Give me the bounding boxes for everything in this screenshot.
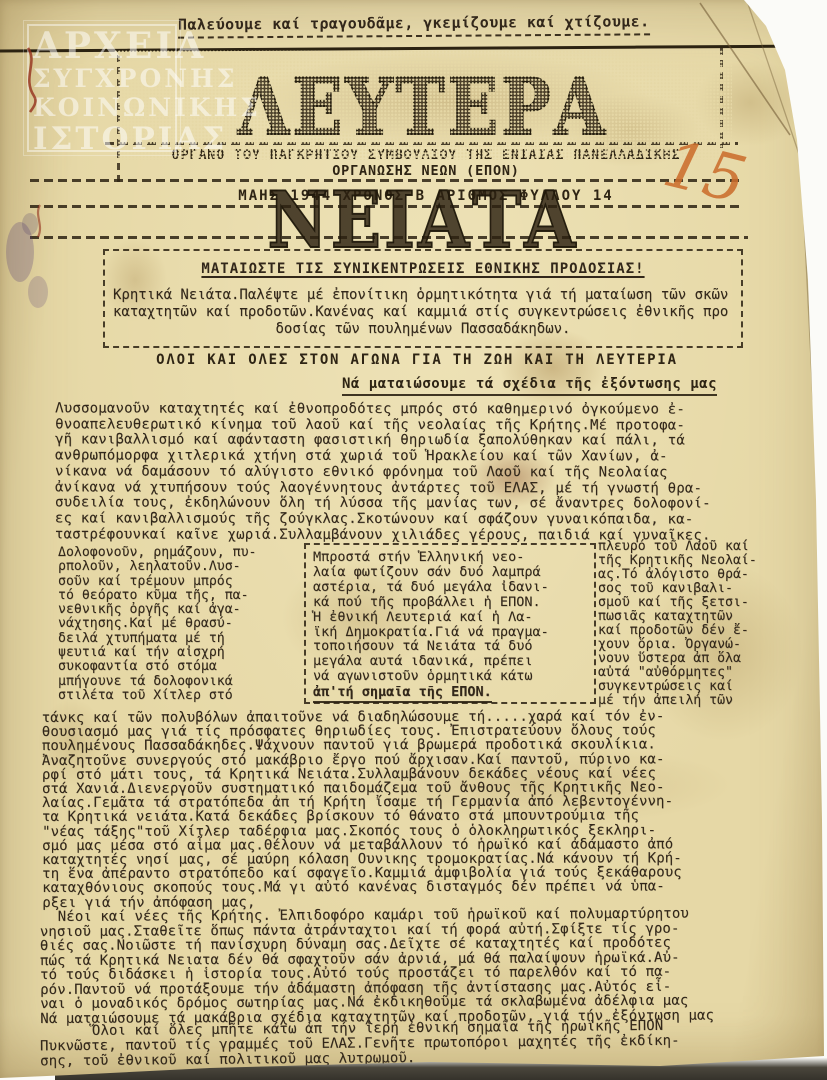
article-paragraph-closing: Ὅλοι καί ὅλες μπῆτε κάτω ἀπ τήν ἱερή ἐθν… bbox=[40, 1018, 802, 1070]
section-subheading: Νά ματαιώσουμε τά σχέδια τῆς ἐξόντωσης μ… bbox=[342, 376, 717, 396]
section-heading: ΟΛΟΙ ΚΑΙ ΟΛΕΣ ΣΤΟΝ ΑΓΩΝΑ ΓΙΑ ΤΗ ΖΩΗ ΚΑΙ … bbox=[95, 352, 739, 368]
red-ink-mark bbox=[28, 48, 35, 112]
epon-ideals-underlined-line: ἀπ'τή σημαῖα τῆς ΕΠΟΝ. bbox=[313, 684, 492, 703]
lead-body: Κρητικά Νειάτα.Παλέψτε μέ ἐπονίτικη ὁρμη… bbox=[113, 287, 733, 321]
purple-smudge bbox=[28, 276, 48, 308]
purple-smudge bbox=[6, 222, 34, 282]
lead-body-last-line: δοσίας τῶν πουλημένων Πασσαδάκηδων. bbox=[105, 321, 741, 337]
epon-ideals-text: Μπροστά στήν Ἑλληνική νεο- λαία φωτίζουν… bbox=[313, 550, 587, 684]
torn-edge-line bbox=[806, 240, 818, 430]
article-paragraph-intro: Λυσσομανοῦν καταχτητές καί ἐθνοπροδότες … bbox=[55, 401, 761, 544]
newspaper-page: Παλεύουμε καί τραγουδᾶμε, γκεμίζουμε καί… bbox=[0, 0, 827, 1080]
purple-smudge bbox=[22, 213, 38, 235]
article-column-left: Δολοφονοῦν, ρημάζουν, πυ- ρπολοῦν, λεηλα… bbox=[58, 546, 310, 703]
article-paragraph-2: τάνκς καί τῶν πολυβόλων ἀπαιτοῦνε νά δια… bbox=[42, 709, 809, 910]
crease-line bbox=[747, 1, 813, 400]
article-column-right: πλευρό τοῦ Λαοῦ καί τῆς Κρητικῆς Νεολαί-… bbox=[598, 540, 818, 708]
red-ink-mark bbox=[38, 205, 40, 237]
masthead-slogan: Παλεύουμε καί τραγουδᾶμε, γκεμίζουμε καί… bbox=[178, 12, 650, 38]
epon-ideals-box: Μπροστά στήν Ἑλληνική νεο- λαία φωτίζουν… bbox=[304, 543, 596, 704]
newspaper-title: ΛΕΥΤΕΡΑ ΝΕΙΑΤΑ bbox=[114, 50, 732, 168]
article-paragraph-3: Νέοι καί νέες τῆς Κρήτης. Ἐλπιδοφόρο καμ… bbox=[40, 906, 813, 1026]
scanned-newspaper-document: Παλεύουμε καί τραγουδᾶμε, γκεμίζουμε καί… bbox=[0, 0, 827, 1080]
